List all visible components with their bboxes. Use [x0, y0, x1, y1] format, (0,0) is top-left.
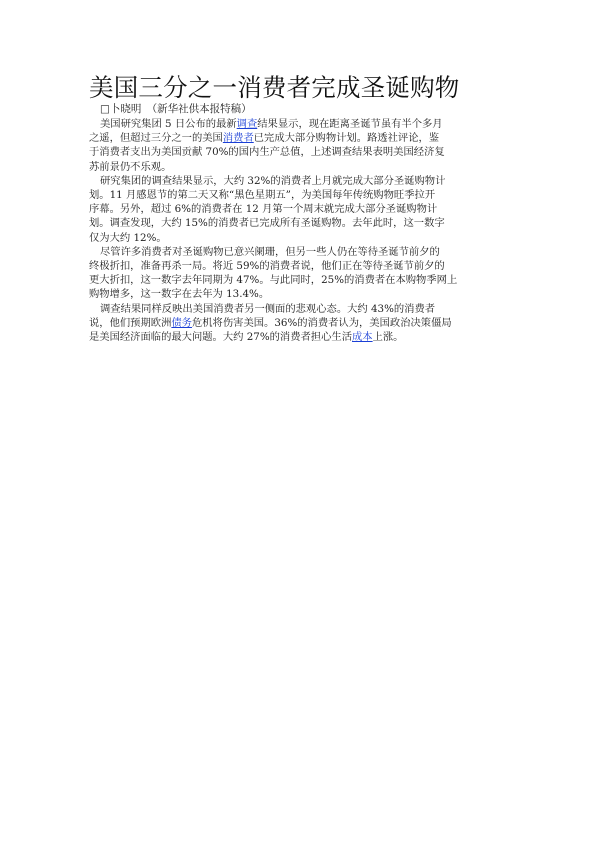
- text-run: 上涨。: [373, 331, 404, 343]
- text-line: 苏前景仍不乐观。: [89, 160, 514, 174]
- text-run: 调查结果同样反映出美国消费者另一侧面的悲观心态。大约 43%的消费者: [100, 303, 435, 315]
- article-body: 美国研究集团 5 日公布的最新调查结果显示，现在距离圣诞节虽有半个多月之遥，但超…: [89, 117, 514, 344]
- text-run: 已完成大部分购物计划。路透社评论，鉴: [254, 132, 439, 144]
- text-line: 更大折扣，这一数字去年同期为 47%。与此同时，25%的消费者在本购物季网上: [89, 273, 514, 287]
- text-line: 终极折扣，准备再杀一局。将近 59%的消费者说，他们正在等待圣诞节前夕的: [89, 259, 514, 273]
- text-line: 说，他们预期欧洲债务危机将伤害美国。36%的消费者认为，美国政治决策僵局: [89, 316, 514, 330]
- text-run: 之遥，但超过三分之一的美国: [89, 132, 223, 144]
- text-run: 美国研究集团 5 日公布的最新: [100, 118, 237, 130]
- inline-link[interactable]: 债务: [171, 317, 192, 329]
- text-run: 尽管许多消费者对圣诞购物已意兴阑珊，但另一些人仍在等待圣诞节前夕的: [100, 246, 440, 258]
- text-line: 购物增多，这一数字在去年为 13.4%。: [89, 287, 514, 301]
- article-title: 美国三分之一消费者完成圣诞购物: [89, 74, 460, 102]
- text-run: 终极折扣，准备再杀一局。将近 59%的消费者说，他们正在等待圣诞节前夕的: [89, 260, 445, 272]
- text-line: 研究集团的调查结果显示，大约 32%的消费者上月就完成大部分圣诞购物计: [89, 174, 514, 188]
- article-paragraph: 美国研究集团 5 日公布的最新调查结果显示，现在距离圣诞节虽有半个多月之遥，但超…: [89, 117, 514, 174]
- article-paragraph: 尽管许多消费者对圣诞购物已意兴阑珊，但另一些人仍在等待圣诞节前夕的终极折扣，准备…: [89, 245, 514, 302]
- text-line: 于消费者支出为美国贡献 70%的国内生产总值，上述调查结果表明美国经济复: [89, 145, 514, 159]
- text-line: 之遥，但超过三分之一的美国消费者已完成大部分购物计划。路透社评论，鉴: [89, 131, 514, 145]
- inline-link[interactable]: 调查: [237, 118, 258, 130]
- text-run: 是美国经济面临的最大问题。大约 27%的消费者担心生活: [89, 331, 352, 343]
- text-run: 购物增多，这一数字在去年为 13.4%。: [89, 288, 269, 300]
- text-line: 仅为大约 12%。: [89, 231, 514, 245]
- inline-link[interactable]: 消费者: [223, 132, 254, 144]
- article-byline: □卜晓明 （新华社供本报特稿）: [100, 102, 252, 116]
- article-paragraph: 调查结果同样反映出美国消费者另一侧面的悲观心态。大约 43%的消费者说，他们预期…: [89, 302, 514, 345]
- text-line: 是美国经济面临的最大问题。大约 27%的消费者担心生活成本上涨。: [89, 330, 514, 344]
- text-run: 研究集团的调查结果显示，大约 32%的消费者上月就完成大部分圣诞购物计: [100, 175, 445, 187]
- inline-link[interactable]: 成本: [352, 331, 373, 343]
- text-run: 序幕。另外，超过 6%的消费者在 12 月第一个周末就完成大部分圣诞购物计: [89, 203, 437, 215]
- text-line: 美国研究集团 5 日公布的最新调查结果显示，现在距离圣诞节虽有半个多月: [89, 117, 514, 131]
- document-page: 美国三分之一消费者完成圣诞购物 □卜晓明 （新华社供本报特稿） 美国研究集团 5…: [0, 0, 595, 842]
- text-line: 尽管许多消费者对圣诞购物已意兴阑珊，但另一些人仍在等待圣诞节前夕的: [89, 245, 514, 259]
- text-line: 序幕。另外，超过 6%的消费者在 12 月第一个周末就完成大部分圣诞购物计: [89, 202, 514, 216]
- article-paragraph: 研究集团的调查结果显示，大约 32%的消费者上月就完成大部分圣诞购物计划。11 …: [89, 174, 514, 245]
- text-run: 仅为大约 12%。: [89, 232, 167, 244]
- text-run: 于消费者支出为美国贡献 70%的国内生产总值，上述调查结果表明美国经济复: [89, 146, 445, 158]
- text-run: 划。11 月感恩节的第二天又称“黑色星期五”，为美国每年传统购物旺季拉开: [89, 189, 435, 201]
- text-line: 划。调查发现，大约 15%的消费者已完成所有圣诞购物。去年此时，这一数字: [89, 216, 514, 230]
- text-run: 划。调查发现，大约 15%的消费者已完成所有圣诞购物。去年此时，这一数字: [89, 217, 445, 229]
- text-run: 更大折扣，这一数字去年同期为 47%。与此同时，25%的消费者在本购物季网上: [89, 274, 457, 286]
- text-run: 危机将伤害美国。36%的消费者认为，美国政治决策僵局: [192, 317, 452, 329]
- text-line: 划。11 月感恩节的第二天又称“黑色星期五”，为美国每年传统购物旺季拉开: [89, 188, 514, 202]
- text-run: 结果显示，现在距离圣诞节虽有半个多月: [257, 118, 442, 130]
- text-run: 说，他们预期欧洲: [89, 317, 171, 329]
- text-line: 调查结果同样反映出美国消费者另一侧面的悲观心态。大约 43%的消费者: [89, 302, 514, 316]
- text-run: 苏前景仍不乐观。: [89, 161, 171, 173]
